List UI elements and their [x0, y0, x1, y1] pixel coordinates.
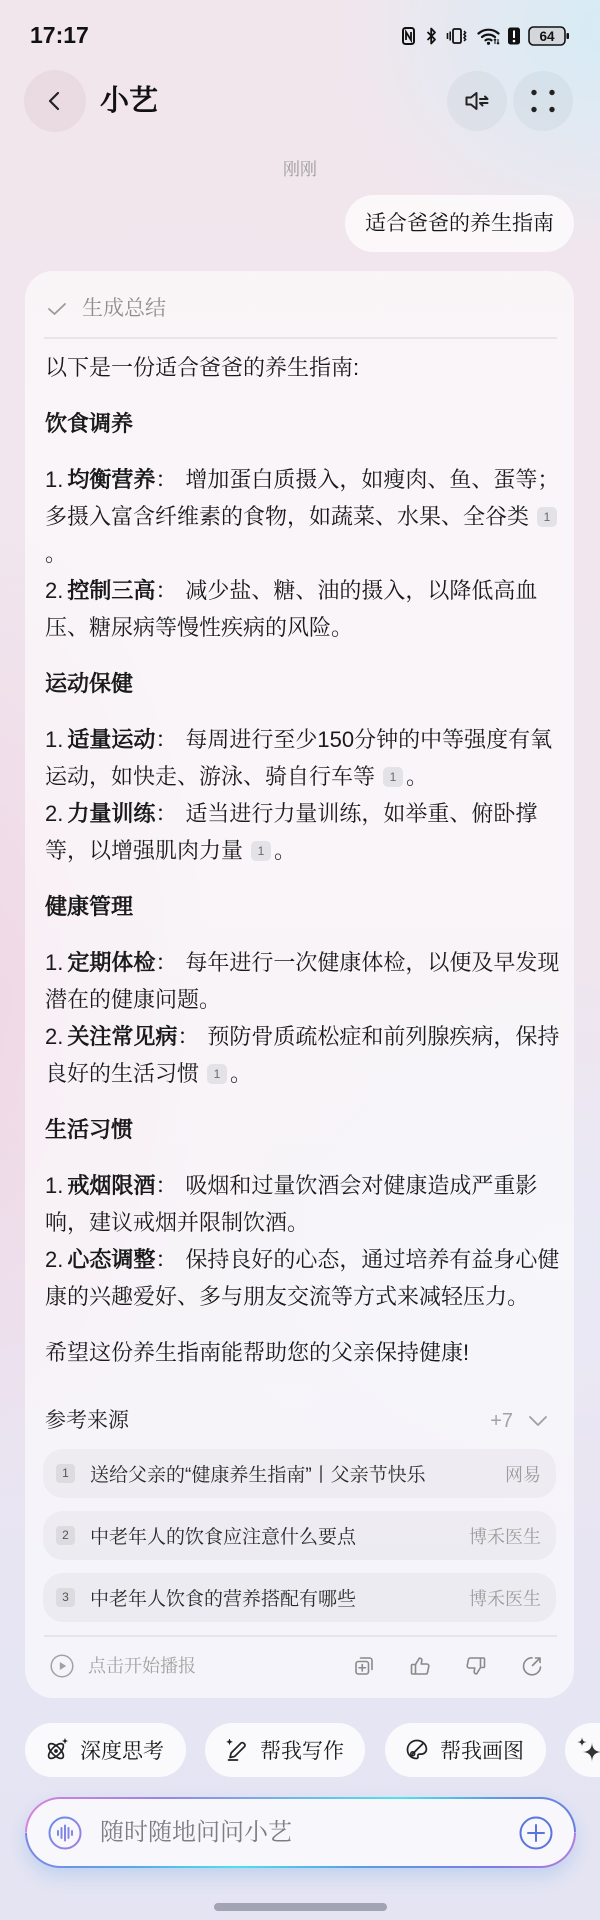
reference-item[interactable]: 1 送给父亲的“健康养生指南”丨父亲节快乐 网易 [43, 1449, 556, 1498]
screen: 17:17 64 小艺 刚刚 适合爸爸的养生指南 生成 [0, 0, 600, 1920]
generation-status-label[interactable]: 生成总结 [82, 290, 166, 328]
answer-card: 生成总结 以下是一份适合爸爸的养生指南: 饮食调养 1.均衡营养：增加蛋白质摄入… [25, 271, 574, 1698]
check-icon [47, 302, 67, 316]
section-heading: 饮食调养 [45, 405, 557, 442]
item-separator: ： [155, 1173, 177, 1198]
reference-index: 2 [56, 1526, 75, 1545]
suggestion-chip-deep-thinking[interactable]: 深度思考 [25, 1723, 186, 1777]
voice-playback-toggle-button[interactable] [447, 71, 507, 131]
list-item: 2.关注常见病：预防骨质疏松症和前列腺疾病，保持 良好的生活习惯1。 [45, 1018, 557, 1092]
atom-sparkle-icon [44, 1737, 70, 1763]
item-number: 1. [45, 727, 63, 752]
copy-add-icon[interactable] [352, 1654, 376, 1678]
reference-index: 1 [56, 1464, 75, 1483]
item-text: 增加蛋白质摄入，如瘦肉、鱼、蛋等； [185, 467, 559, 492]
chip-label: 帮我写作 [260, 1735, 344, 1765]
item-number: 2. [45, 1247, 63, 1272]
item-title: 戒烟限酒 [67, 1173, 155, 1198]
page-title: 小艺 [100, 83, 158, 119]
list-item: 1.适量运动：每周进行至少150分钟的中等强度有氧 运动，如快走、游泳、骑自行车… [45, 721, 557, 795]
chat-input-bar [25, 1797, 576, 1868]
thumbs-up-icon[interactable] [408, 1654, 432, 1678]
message-timestamp: 刚刚 [0, 160, 600, 180]
section-list: 1.戒烟限酒：吸烟和过量饮酒会对健康造成严重影 响，建议戒烟并限制饮酒。 2.心… [45, 1167, 557, 1315]
item-text: 良好的生活习惯 [45, 1061, 199, 1086]
item-text: 响，建议戒烟并限制饮酒。 [45, 1210, 309, 1235]
item-text: 每周进行至少150分钟的中等强度有氧 [185, 727, 552, 752]
item-separator: ： [155, 801, 177, 826]
chip-label: 深度思考 [80, 1735, 164, 1765]
item-title: 适量运动 [67, 727, 155, 752]
plus-circle-icon[interactable] [519, 1816, 553, 1850]
list-item: 1.均衡营养：增加蛋白质摄入，如瘦肉、鱼、蛋等； 多摄入富含纤维素的食物，如蔬菜… [45, 461, 557, 572]
palette-brush-icon [404, 1737, 430, 1763]
user-message-bubble[interactable]: 适合爸爸的养生指南 [345, 195, 574, 252]
section-heading: 健康管理 [45, 888, 557, 925]
item-number: 2. [45, 801, 63, 826]
nfc-icon [402, 27, 415, 45]
pen-sparkle-icon [224, 1737, 250, 1763]
svg-text:64: 64 [539, 29, 555, 44]
item-title: 控制三高 [67, 578, 155, 603]
item-text: 适当进行力量训练，如举重、俯卧撑 [185, 801, 537, 826]
item-title: 心态调整 [67, 1247, 155, 1272]
item-title: 关注常见病 [67, 1024, 177, 1049]
wifi-icon [477, 27, 501, 45]
list-item: 2.心态调整：保持良好的心态，通过培养有益身心健 康的兴趣爱好、多与朋友交流等方… [45, 1241, 557, 1315]
status-time: 17:17 [30, 22, 89, 48]
answer-intro: 以下是一份适合爸爸的养生指南: [45, 349, 557, 386]
item-text: 预防骨质疏松症和前列腺疾病，保持 [207, 1024, 559, 1049]
suggestion-chip-help-write[interactable]: 帮我写作 [205, 1723, 365, 1777]
chevron-left-icon [43, 89, 67, 113]
item-title: 定期体检 [67, 950, 155, 975]
item-separator: ： [155, 467, 177, 492]
reference-item[interactable]: 2 中老年人的饮食应注意什么要点 博禾医生 [43, 1511, 556, 1560]
chat-input[interactable] [100, 1799, 480, 1866]
item-number: 1. [45, 1173, 63, 1198]
section-heading: 运动保健 [45, 665, 557, 702]
suggestion-chip-more[interactable] [565, 1723, 600, 1777]
item-number: 2. [45, 578, 63, 603]
share-icon[interactable] [520, 1654, 544, 1678]
battery-icon: 64 [528, 26, 570, 46]
section-list: 1.定期体检：每年进行一次健康体检，以便及早发现 潜在的健康问题。 2.关注常见… [45, 944, 557, 1092]
list-item: 2.力量训练：适当进行力量训练，如举重、俯卧撑 等，以增强肌肉力量1。 [45, 795, 557, 869]
item-text-end: 。 [45, 541, 67, 566]
item-text: 压、糖尿病等慢性疾病的风险。 [45, 615, 353, 640]
item-text: 康的兴趣爱好、多与朋友交流等方式来减轻压力。 [45, 1284, 529, 1309]
reference-item[interactable]: 3 中老年人饮食的营养搭配有哪些 博禾医生 [43, 1573, 556, 1622]
item-text: 潜在的健康问题。 [45, 987, 221, 1012]
item-number: 2. [45, 1024, 63, 1049]
item-title: 均衡营养 [67, 467, 155, 492]
item-separator: ： [155, 950, 177, 975]
citation-badge[interactable]: 1 [383, 767, 403, 787]
list-item: 1.定期体检：每年进行一次健康体检，以便及早发现 潜在的健康问题。 [45, 944, 557, 1018]
item-text: 保持良好的心态，通过培养有益身心健 [185, 1247, 559, 1272]
item-text-end: 。 [230, 1061, 252, 1086]
item-text-end: 。 [406, 764, 428, 789]
thumbs-down-icon[interactable] [464, 1654, 488, 1678]
item-text-end: 。 [274, 838, 296, 863]
chip-label: 帮我画图 [440, 1735, 524, 1765]
references-section: 参考来源 +7 1 送给父亲的“健康养生指南”丨父亲节快乐 网易 2 中老年人的… [43, 1401, 556, 1631]
list-item: 1.戒烟限酒：吸烟和过量饮酒会对健康造成严重影 响，建议戒烟并限制饮酒。 [45, 1167, 557, 1241]
item-separator: ： [155, 578, 177, 603]
speaker-switch-icon [463, 87, 491, 115]
item-number: 1. [45, 950, 63, 975]
reference-source: 网易 [505, 1461, 541, 1487]
reference-index: 3 [56, 1588, 75, 1607]
section-list: 1.适量运动：每周进行至少150分钟的中等强度有氧 运动，如快走、游泳、骑自行车… [45, 721, 557, 869]
reference-title: 中老年人的饮食应注意什么要点 [90, 1522, 459, 1549]
citation-badge[interactable]: 1 [207, 1064, 227, 1084]
reference-title: 中老年人饮食的营养搭配有哪些 [90, 1584, 459, 1611]
references-more-count[interactable]: +7 [490, 1401, 513, 1441]
reference-source: 博禾医生 [469, 1585, 541, 1611]
divider [44, 337, 557, 339]
item-text: 多摄入富含纤维素的食物，如蔬菜、水果、全谷类 [45, 504, 529, 529]
list-item: 2.控制三高：减少盐、糖、油的摄入，以降低高血 压、糖尿病等慢性疾病的风险。 [45, 572, 557, 646]
battery-saver-icon [508, 27, 520, 45]
four-dots-icon [529, 87, 557, 115]
item-text: 运动，如快走、游泳、骑自行车等 [45, 764, 375, 789]
suggestion-chip-help-draw[interactable]: 帮我画图 [385, 1723, 546, 1777]
item-text: 吸烟和过量饮酒会对健康造成严重影 [185, 1173, 537, 1198]
answer-actions: 点击开始播报 [25, 1646, 574, 1686]
reference-source: 博禾医生 [469, 1523, 541, 1549]
play-circle-icon[interactable] [50, 1654, 74, 1678]
item-title: 力量训练 [67, 801, 155, 826]
more-options-button[interactable] [513, 71, 573, 131]
references-title: 参考来源 [45, 1401, 129, 1441]
reference-title: 送给父亲的“健康养生指南”丨父亲节快乐 [90, 1460, 495, 1487]
item-text: 减少盐、糖、油的摄入，以降低高血 [185, 578, 537, 603]
chevron-down-icon[interactable] [528, 1414, 548, 1427]
back-button[interactable] [24, 70, 86, 132]
item-separator: ： [177, 1024, 199, 1049]
answer-closing: 希望这份养生指南能帮助您的父亲保持健康! [45, 1334, 557, 1371]
citation-badge[interactable]: 1 [251, 841, 271, 861]
play-audio-button[interactable]: 点击开始播报 [88, 1646, 196, 1686]
divider [44, 1635, 557, 1637]
voice-wave-icon[interactable] [48, 1816, 82, 1850]
item-text: 等，以增强肌肉力量 [45, 838, 243, 863]
item-separator: ： [155, 727, 177, 752]
item-number: 1. [45, 467, 63, 492]
home-indicator[interactable] [214, 1903, 387, 1911]
section-heading: 生活习惯 [45, 1111, 557, 1148]
answer-body: 以下是一份适合爸爸的养生指南: 饮食调养 1.均衡营养：增加蛋白质摄入，如瘦肉、… [45, 349, 557, 1390]
item-separator: ： [155, 1247, 177, 1272]
vibrate-icon [446, 27, 468, 45]
sparkles-icon [576, 1736, 600, 1764]
citation-badge[interactable]: 1 [537, 507, 557, 527]
bluetooth-icon [426, 27, 437, 45]
item-text: 每年进行一次健康体检，以便及早发现 [185, 950, 559, 975]
section-list: 1.均衡营养：增加蛋白质摄入，如瘦肉、鱼、蛋等； 多摄入富含纤维素的食物，如蔬菜… [45, 461, 557, 646]
